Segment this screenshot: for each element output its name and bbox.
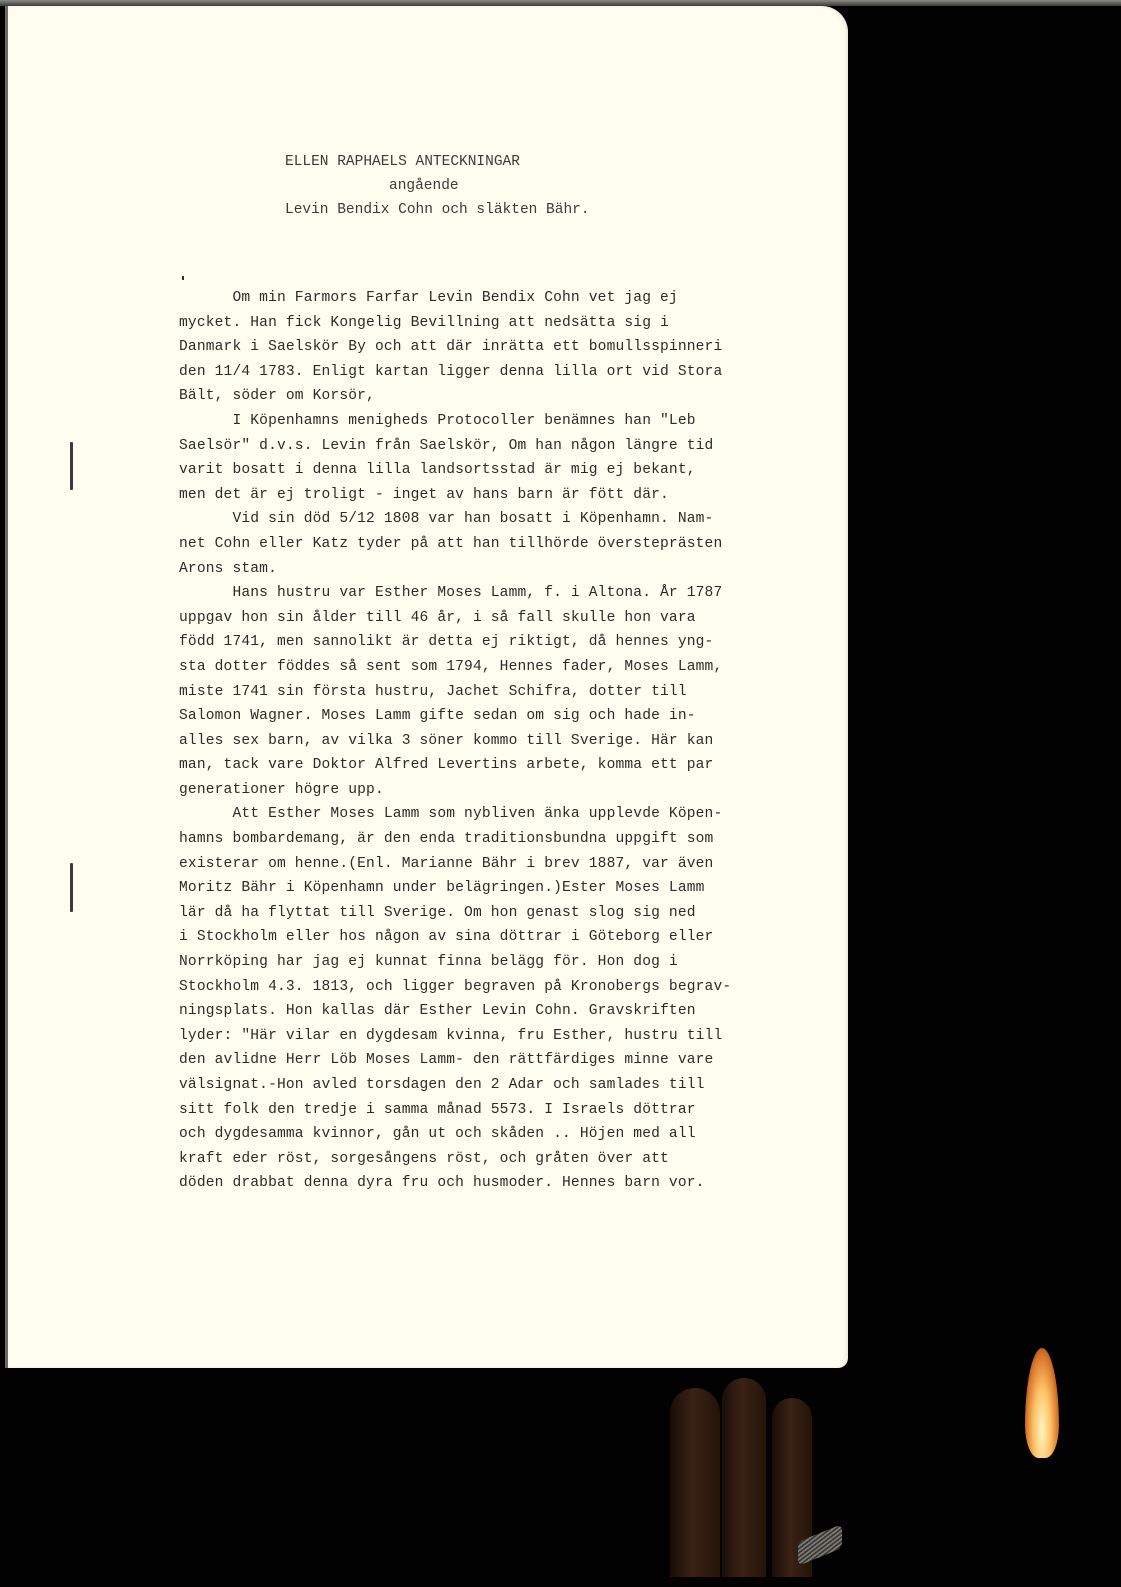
- body-line: existerar om henne.(Enl. Marianne Bähr i…: [179, 852, 799, 877]
- body-line: kraft eder röst, sorgesångens röst, och …: [179, 1147, 799, 1172]
- document-body: Om min Farmors Farfar Levin Bendix Cohn …: [179, 286, 799, 1196]
- body-line: Danmark i Saelskör By och att där inrätt…: [179, 335, 799, 360]
- body-line: mycket. Han fick Kongelig Bevillning att…: [179, 311, 799, 336]
- body-line: Vid sin död 5/12 1808 var han bosatt i K…: [179, 507, 799, 532]
- body-line: döden drabbat denna dyra fru och husmode…: [179, 1171, 799, 1196]
- binding-hole-mark-lower: [70, 863, 73, 912]
- body-line: i Stockholm eller hos någon av sina dött…: [179, 925, 799, 950]
- body-line: Om min Farmors Farfar Levin Bendix Cohn …: [179, 286, 799, 311]
- body-line: lyder: "Här vilar en dygdesam kvinna, fr…: [179, 1024, 799, 1049]
- document-title: ELLEN RAPHAELS ANTECKNINGAR: [285, 150, 520, 175]
- body-line: man, tack vare Doktor Alfred Levertins a…: [179, 753, 799, 778]
- body-line: den 11/4 1783. Enligt kartan ligger denn…: [179, 360, 799, 385]
- finger-shape: [722, 1378, 766, 1587]
- flame-icon: [1025, 1348, 1059, 1458]
- body-line: den avlidne Herr Löb Moses Lamm- den rät…: [179, 1048, 799, 1073]
- scan-bottom-edge: [0, 1577, 1121, 1587]
- body-line: Salomon Wagner. Moses Lamm gifte sedan o…: [179, 704, 799, 729]
- body-line: och dygdesamma kvinnor, gån ut och skåde…: [179, 1122, 799, 1147]
- body-line: ningsplats. Hon kallas där Esther Levin …: [179, 999, 799, 1024]
- body-line: född 1741, men sannolikt är detta ej rik…: [179, 630, 799, 655]
- body-line: I Köpenhamns menigheds Protocoller benäm…: [179, 409, 799, 434]
- body-line: Arons stam.: [179, 557, 799, 582]
- finger-shape: [670, 1388, 720, 1587]
- document-subject: Levin Bendix Cohn och släkten Bähr.: [285, 198, 590, 223]
- typewritten-page: ELLEN RAPHAELS ANTECKNINGAR angående Lev…: [5, 6, 848, 1368]
- body-line: Bält, söder om Korsör,: [179, 384, 799, 409]
- body-line: Moritz Bähr i Köpenhamn under belägringe…: [179, 876, 799, 901]
- margin-dot: [182, 276, 184, 280]
- document-subtitle: angående: [389, 174, 459, 199]
- body-line: välsignat.-Hon avled torsdagen den 2 Ada…: [179, 1073, 799, 1098]
- body-line: lär då ha flyttat till Sverige. Om hon g…: [179, 901, 799, 926]
- body-line: varit bosatt i denna lilla landsortsstad…: [179, 458, 799, 483]
- binding-hole-mark-upper: [70, 442, 73, 490]
- body-line: generationer högre upp.: [179, 778, 799, 803]
- body-line: sitt folk den tredje i samma månad 5573.…: [179, 1098, 799, 1123]
- body-line: Att Esther Moses Lamm som nybliven änka …: [179, 802, 799, 827]
- body-line: uppgav hon sin ålder till 46 år, i så fa…: [179, 606, 799, 631]
- body-line: Hans hustru var Esther Moses Lamm, f. i …: [179, 581, 799, 606]
- body-line: Norrköping har jag ej kunnat finna beläg…: [179, 950, 799, 975]
- body-line: alles sex barn, av vilka 3 söner kommo t…: [179, 729, 799, 754]
- body-line: Stockholm 4.3. 1813, och ligger begraven…: [179, 975, 799, 1000]
- body-line: hamns bombardemang, är den enda traditio…: [179, 827, 799, 852]
- body-line: men det är ej troligt - inget av hans ba…: [179, 483, 799, 508]
- body-line: Saelsör" d.v.s. Levin från Saelskör, Om …: [179, 434, 799, 459]
- body-line: net Cohn eller Katz tyder på att han til…: [179, 532, 799, 557]
- body-line: sta dotter föddes så sent som 1794, Henn…: [179, 655, 799, 680]
- body-line: miste 1741 sin första hustru, Jachet Sch…: [179, 680, 799, 705]
